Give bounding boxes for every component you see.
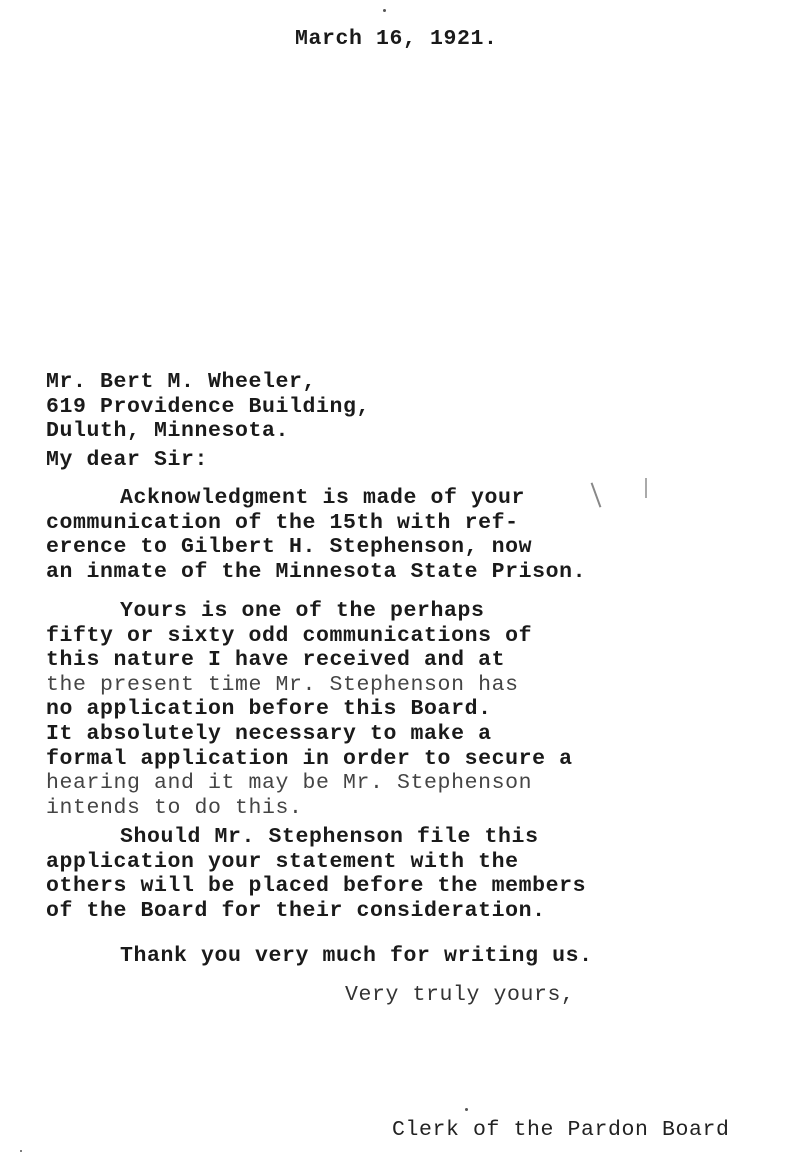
scan-mark: [645, 478, 647, 498]
paragraph-line: fifty or sixty odd communications of: [46, 624, 573, 649]
paragraph-line: hearing and it may be Mr. Stephenson: [46, 771, 573, 796]
scan-mark: [591, 482, 602, 507]
paragraph-line: Yours is one of the perhaps: [46, 599, 573, 624]
paragraph-line: intends to do this.: [46, 796, 573, 821]
paragraph-line: an inmate of the Minnesota State Prison.: [46, 560, 586, 585]
signature-title: Clerk of the Pardon Board: [392, 1120, 730, 1142]
paragraph-line: application your statement with the: [46, 850, 586, 875]
paragraph-line: formal application in order to secure a: [46, 747, 573, 772]
paragraph-acknowledgment: Acknowledgment is made of your communica…: [46, 486, 586, 584]
paragraph-filing: Should Mr. Stephenson file this applicat…: [46, 825, 586, 923]
paragraph-line: no application before this Board.: [46, 697, 573, 722]
recipient-name: Mr. Bert M. Wheeler,: [46, 372, 316, 394]
paragraph-line: Thank you very much for writing us.: [46, 944, 593, 969]
paragraph-line: It absolutely necessary to make a: [46, 722, 573, 747]
paragraph-line: erence to Gilbert H. Stephenson, now: [46, 535, 586, 560]
paragraph-line: Acknowledgment is made of your: [46, 486, 586, 511]
paragraph-line: this nature I have received and at: [46, 648, 573, 673]
paragraph-application-status: Yours is one of the perhaps fifty or six…: [46, 599, 573, 820]
paragraph-thanks: Thank you very much for writing us.: [46, 944, 593, 969]
paragraph-line: of the Board for their consideration.: [46, 899, 586, 924]
recipient-street: 619 Providence Building,: [46, 397, 370, 419]
salutation: My dear Sir:: [46, 450, 208, 472]
letter-page: March 16, 1921. Mr. Bert M. Wheeler, 619…: [0, 0, 800, 1170]
letter-date: March 16, 1921.: [295, 29, 498, 51]
paragraph-line: the present time Mr. Stephenson has: [46, 673, 573, 698]
paragraph-line: others will be placed before the members: [46, 874, 586, 899]
recipient-city: Duluth, Minnesota.: [46, 421, 289, 443]
scan-speck: [20, 1150, 22, 1152]
paragraph-line: communication of the 15th with ref-: [46, 511, 586, 536]
closing: Very truly yours,: [345, 985, 575, 1007]
scan-speck: [383, 9, 386, 12]
paragraph-line: Should Mr. Stephenson file this: [46, 825, 586, 850]
scan-speck: [465, 1108, 468, 1111]
